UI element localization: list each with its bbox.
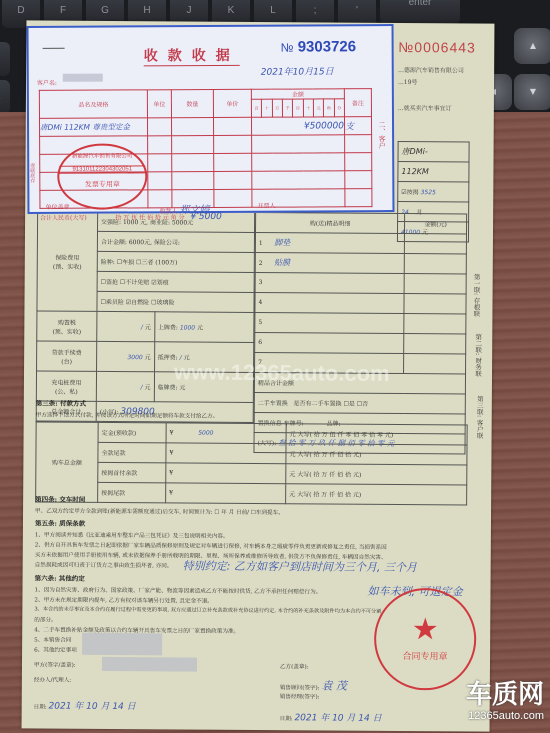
digit-header: 角	[324, 99, 334, 117]
purchase-tax-value: / 元	[97, 311, 155, 341]
cell	[172, 135, 214, 153]
section3-title: 第三条: 付款方式	[36, 398, 86, 407]
digit-header: 万	[272, 99, 282, 117]
payment-row-words: 元 大写( 拾 万 仟 佰 拾 元)	[286, 464, 467, 485]
gift-row-2: 2 贴膜	[255, 252, 404, 273]
date-b: 日期: 2021 年 10 月 14 日	[280, 710, 382, 724]
logo-text: 车质网	[466, 674, 544, 711]
col-amount: 金额	[251, 89, 344, 99]
cell	[214, 135, 252, 153]
gift-row-4: 4	[255, 292, 404, 313]
purchase-tax-label: 购置税 (预、实收)	[37, 311, 97, 341]
receipt-item: 唐DMi 112KM 尊贵型定金	[39, 118, 147, 137]
key-enter: enter	[380, 0, 460, 24]
fees-table: 保险费用 (预、实收) 交强险: 1000 元, 商业险: 5000元 合计金额…	[36, 210, 255, 423]
insurance-row-4: ☐盗抢 ☐不计免赔 ☑划痕	[97, 271, 254, 292]
plate-fee: 上牌费: 1000 元	[154, 312, 254, 343]
section5-item: 2、供方自开具售车发票之日起即依据厂家车辆品质保修原则及规定对车辆进行保修, 对…	[35, 540, 387, 550]
payee-label: 收款人 郑文婷	[159, 201, 209, 216]
key-x: X	[0, 42, 10, 76]
section5-item: 1、甲方阅读并知悉《比亚迪乘用车整车产品三包凭证》及三包说明相关内容。	[35, 530, 229, 539]
cell	[214, 153, 252, 171]
payment-receipt: 收款收据 № 9303726 2021年10月15日 客户名: 品名及规格 单位…	[27, 24, 395, 214]
section6-item: 5、本销售合同	[34, 635, 71, 643]
key-alt: alt	[0, 80, 10, 114]
cell	[214, 189, 252, 207]
star-icon: ★	[376, 612, 474, 648]
copy-customer: 第三联: 客户联	[476, 396, 485, 439]
receipt-date: 2021年10月15日	[261, 64, 334, 77]
digit-header: 千	[282, 99, 292, 117]
digit-header: 十	[262, 99, 272, 117]
arrow-down-key: ▼	[514, 74, 550, 110]
payment-row-value: ¥	[166, 483, 286, 504]
receipt-title: 收款收据	[144, 45, 240, 67]
gifts-table: 购(送)精品明细 金额(元) 1 脚垫 2 贴膜 3 4 5 6 7 精品合计金…	[253, 212, 467, 454]
cell	[148, 154, 172, 172]
cell	[172, 153, 214, 171]
loan-field: ☑按揭 3525	[398, 181, 469, 201]
section6-title: 第六条: 其他约定	[35, 573, 85, 582]
gift-row-3: 3	[255, 272, 404, 293]
receipt-item-amount: ¥500000	[251, 117, 344, 135]
gift-amount-2	[404, 254, 466, 274]
contract-number: №0006443	[398, 39, 476, 56]
section6-item: 的部分。	[34, 615, 56, 623]
cell	[345, 153, 372, 171]
redacted-area	[63, 74, 103, 82]
charger-label: 充电桩费用 (公、私)	[36, 371, 96, 401]
copy-finance: 第二联: 财务联	[474, 334, 483, 377]
cell	[214, 171, 252, 189]
digit-header: 十	[303, 99, 313, 117]
payment-row-value: ¥ 5000	[166, 423, 286, 444]
section6-item: 1、因为自然灾害、政府行为、国家政策、厂家产能、物流等因素造成乙方不能按时供货,…	[34, 585, 321, 595]
payment-row-label: 按揭尾款	[98, 482, 166, 502]
version-field: 112KM	[398, 161, 469, 181]
receipt-number: № 9303726	[281, 38, 357, 55]
cell	[345, 171, 372, 189]
gift-amount-1	[404, 234, 466, 254]
payment-row-words: 元 大写( 拾 万 伍 仟 零 佰 零 拾 零 元)	[286, 424, 467, 445]
company-line: ...德源汽车销售有限公司	[398, 65, 464, 74]
model-field: 唐DMi-	[398, 141, 469, 161]
agent-label: 经办人/代理人:	[34, 675, 71, 683]
gift-amount-7	[404, 354, 466, 374]
cell	[252, 171, 345, 189]
cell	[148, 172, 172, 190]
insurance-row-2: 合计金额: 6000元, 保险公司:	[97, 231, 254, 252]
col-item: 品名及规格	[39, 90, 147, 119]
section4-text: 甲、乙双方约定甲方全款到账(新能源车需额度通过)后交车, 时间预计为: ☐ 年 …	[35, 506, 284, 516]
payment-table: 购车总金额 定金(预收款) ¥ 5000 元 大写( 拾 万 伍 仟 零 佰 零…	[35, 421, 468, 505]
payment-row-label: 定金(预收款)	[98, 422, 166, 442]
col-unit: 单位	[147, 90, 171, 118]
receipt-item-note: 支	[344, 117, 371, 135]
gift-amount-5	[404, 314, 466, 334]
section6-item: 2、甲方未在规定期限内提车, 乙方有权对该车辆另行处置, 且定金不退。	[34, 595, 213, 604]
digit-header: 分	[334, 99, 344, 117]
pen-mark	[43, 48, 65, 49]
gift-row-6: 6	[255, 332, 404, 353]
gift-amount-3	[404, 274, 466, 294]
section5-handwritten: 特别约定: 乙方如客户到店时间为三个月, 三个月	[183, 557, 417, 575]
cell	[252, 153, 345, 171]
digit-header: 元	[313, 99, 323, 117]
logo-url: 12365auto.com	[468, 710, 544, 722]
cell	[147, 118, 171, 136]
payment-row-words: 元 大写( 拾 万 仟 佰 拾 元)	[286, 484, 467, 505]
cell	[171, 117, 213, 135]
receipt-stub-label: 壹联底存	[29, 163, 36, 183]
payment-row-label: 按揭首付余款	[98, 462, 166, 482]
gift-row-5: 5	[255, 312, 404, 333]
section5-title: 第五条: 质保条款	[35, 518, 85, 527]
cell	[345, 135, 372, 153]
insurance-row-3: 险种: ☐车损 ☐三者 (100万)	[97, 251, 254, 272]
col-price: 单价	[213, 89, 251, 117]
col-qty: 数量	[171, 89, 213, 117]
cell	[252, 135, 345, 153]
payment-row-value: ¥	[166, 463, 286, 484]
redacted-area	[82, 633, 162, 656]
party-b-label: 乙方(盖章):	[280, 662, 309, 670]
cell	[345, 189, 372, 207]
section3-desc: 甲方选择下述方式付款, 并按该方式所定时间如期足额将车款支付给乙方。	[36, 410, 219, 419]
customer-label: 客户名:	[37, 78, 57, 87]
arrow-up-key: ▲	[514, 28, 550, 64]
insurance-row-5: ☐乘员险 ☑自燃险 ☐玻璃险	[97, 291, 254, 312]
issuer-label: 开票人	[257, 201, 275, 210]
payment-group-label: 购车总金额	[36, 422, 99, 502]
address-line: ...19号	[398, 77, 417, 86]
digit-header: 百	[251, 99, 261, 117]
date-a: 日期: 2021 年 10 月 14 日	[34, 698, 136, 712]
intro-line: ...就买卖汽车事宜订	[398, 103, 452, 112]
contract-stamp: ★ 合同专用章	[374, 588, 477, 691]
receipt-stamp: 新能源汽车销售有限公司 913101122304302051 发票专用章	[57, 143, 147, 209]
watermark-logo: 车质网 12365auto.com	[466, 674, 544, 711]
section6-item: 6、其他约定事项	[34, 645, 77, 653]
receipt-copy-label: 二、客户	[377, 121, 387, 149]
payment-row-label: 全款尾款	[98, 442, 166, 462]
section6-item: 3、本合约的未尽事宜及本合约在履行过程中需变更的事项, 双方应通过订立补充条款或…	[34, 605, 381, 614]
digit-header: 百	[293, 99, 303, 117]
manager-label: 销售经理(签字):	[280, 692, 320, 700]
payment-row-value: ¥	[166, 443, 286, 464]
section4-title: 第四条: 交车时间	[35, 494, 85, 503]
center-watermark: www.12365auto.com	[174, 359, 390, 387]
col-note: 备注	[344, 89, 371, 117]
unit-label: 单位盖章	[45, 202, 69, 211]
party-a-label: 甲方(签字/盖章):	[34, 660, 76, 668]
redacted-area	[102, 657, 197, 672]
gift-amount-6	[404, 334, 466, 354]
loan-fee-label: 贷款手续费 (台)	[37, 341, 97, 371]
loan-fee-value: 3000 元	[97, 341, 155, 371]
cell	[172, 171, 214, 189]
gifts-amount-header: 金额(元)	[404, 214, 466, 234]
cell	[148, 136, 172, 154]
copy-stub: 第一联: 存根联	[472, 273, 481, 316]
section5-item: 自然损耗或因可归责于订货方之事由致生损坏者, 亦同。	[35, 560, 173, 569]
payment-row-words: 元 大写( 拾 万 仟 佰 拾 元)	[286, 444, 467, 465]
trade-in-question: 二手车置换 是否有二手车置换 ☐是 ☐否	[254, 392, 465, 413]
advisor-label: 销售顾问(签字): 袁 茂	[280, 677, 347, 693]
cell	[213, 117, 251, 135]
charger-value: / 元	[96, 371, 154, 401]
gift-amount-4	[404, 294, 466, 314]
gift-row-1: 1 脚垫	[255, 232, 404, 253]
